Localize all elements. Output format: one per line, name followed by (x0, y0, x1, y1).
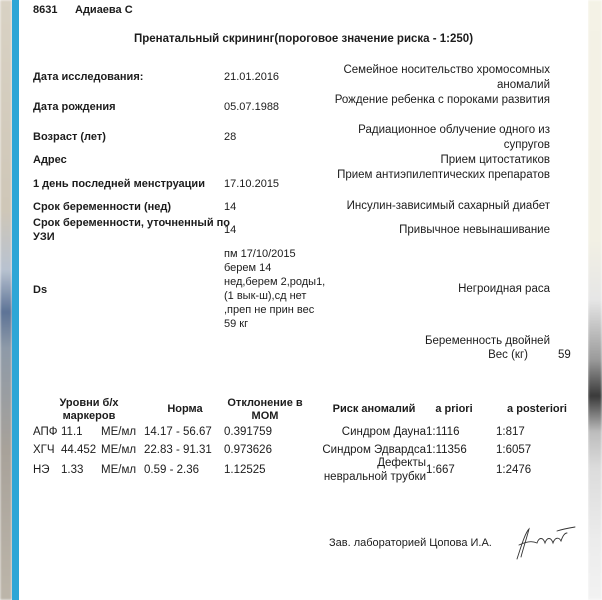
field-label-address: Адрес (33, 153, 67, 167)
cell-marker: ХГЧ (33, 443, 55, 457)
field-value-birth-date: 05.07.1988 (224, 100, 279, 114)
field-value-age: 28 (224, 130, 236, 144)
cell-prior: 1:1116 (426, 425, 459, 439)
field-label-ds: Ds (33, 283, 47, 297)
cell-risk: Синдром Дауна (342, 425, 426, 439)
risk-factor-miscarriage: Привычное невынашивание (310, 223, 550, 238)
field-label-gestation: Срок беременности (нед) (33, 200, 171, 214)
cell-unit: МЕ/мл (101, 425, 136, 439)
risk-factor-radiation: Радиационное облучение одного из супруго… (310, 123, 550, 153)
cell-risk: Синдром Эдвардса (322, 443, 426, 457)
field-value-gestation: 14 (224, 200, 236, 214)
report-page: · · · · · · · · · · 8631 Адиаева С Прена… (19, 0, 588, 600)
cell-unit: МЕ/мл (101, 443, 136, 457)
risk-factor-family-chromosomal: Семейное носительство хромосомных аномал… (310, 63, 550, 93)
weight-label: Вес (кг) (488, 349, 528, 361)
cell-norm: 0.59 - 2.36 (144, 463, 199, 477)
field-label-age: Возраст (лет) (33, 130, 106, 144)
cell-prior: 1:667 (426, 463, 455, 477)
risk-factor-child-defects: Рождение ребенка с пороками развития (310, 93, 550, 108)
risk-factor-cytostatics: Прием цитостатиков (310, 153, 550, 168)
th-a-priori: a priori (429, 403, 479, 416)
th-marker-levels: Уровни б/х маркеров (39, 397, 139, 422)
patient-name: Адиаева С (75, 4, 133, 16)
cell-marker: НЭ (33, 463, 50, 477)
cell-posterior: 1:2476 (496, 463, 531, 477)
signature-text: Зав. лабораторией Цопова И.А. (329, 537, 492, 549)
cell-norm: 22.83 - 91.31 (144, 443, 212, 457)
cell-level: 11.1 (61, 425, 83, 439)
field-label-last-period: 1 день последней менструации (33, 177, 205, 191)
field-value-last-period: 17.10.2015 (224, 177, 279, 191)
th-norm: Норма (155, 403, 215, 416)
cell-unit: МЕ/мл (101, 463, 136, 477)
cell-norm: 14.17 - 56.67 (144, 425, 212, 439)
background-right (588, 0, 602, 600)
field-label-birth-date: Дата рождения (33, 100, 116, 114)
th-a-posteriori: a posteriori (502, 403, 572, 416)
th-mom: Отклонение в МОМ (217, 397, 313, 422)
report-title: Пренатальный скрининг(пороговое значение… (19, 33, 588, 45)
cell-prior: 1:11356 (426, 443, 467, 457)
weight-value: 59 (558, 349, 571, 361)
cell-level: 1.33 (61, 463, 83, 477)
patient-id: 8631 (33, 4, 57, 16)
risk-factor-antiepileptics: Прием антиэпилептических препаратов (310, 168, 550, 183)
cell-risk: Дефекты невральной трубки (316, 456, 426, 484)
cell-posterior: 1:6057 (496, 443, 531, 457)
risk-factor-race: Негроидная раса (310, 282, 550, 297)
risk-factor-diabetes: Инсулин-зависимый сахарный диабет (310, 199, 550, 214)
cell-mom: 1.12525 (224, 463, 266, 477)
cell-mom: 0.391759 (224, 425, 272, 439)
background-left (0, 0, 12, 600)
field-value-gestation-us: 14 (224, 223, 236, 237)
th-risk: Риск аномалий (319, 403, 429, 416)
faded-header-text: · · · · · · · · · · (497, 0, 568, 4)
cell-mom: 0.973626 (224, 443, 272, 457)
field-value-exam-date: 21.01.2016 (224, 70, 279, 84)
signature-scribble-icon (507, 523, 577, 563)
cell-marker: АПФ (33, 425, 58, 439)
field-label-exam-date: Дата исследования: (33, 70, 143, 84)
cell-posterior: 1:817 (496, 425, 525, 439)
risk-factor-twins: Беременность двойней (310, 334, 550, 349)
field-label-gestation-us: Срок беременности, уточненный по УЗИ (33, 216, 233, 244)
accent-stripe (12, 0, 19, 600)
cell-level: 44.452 (61, 443, 96, 457)
